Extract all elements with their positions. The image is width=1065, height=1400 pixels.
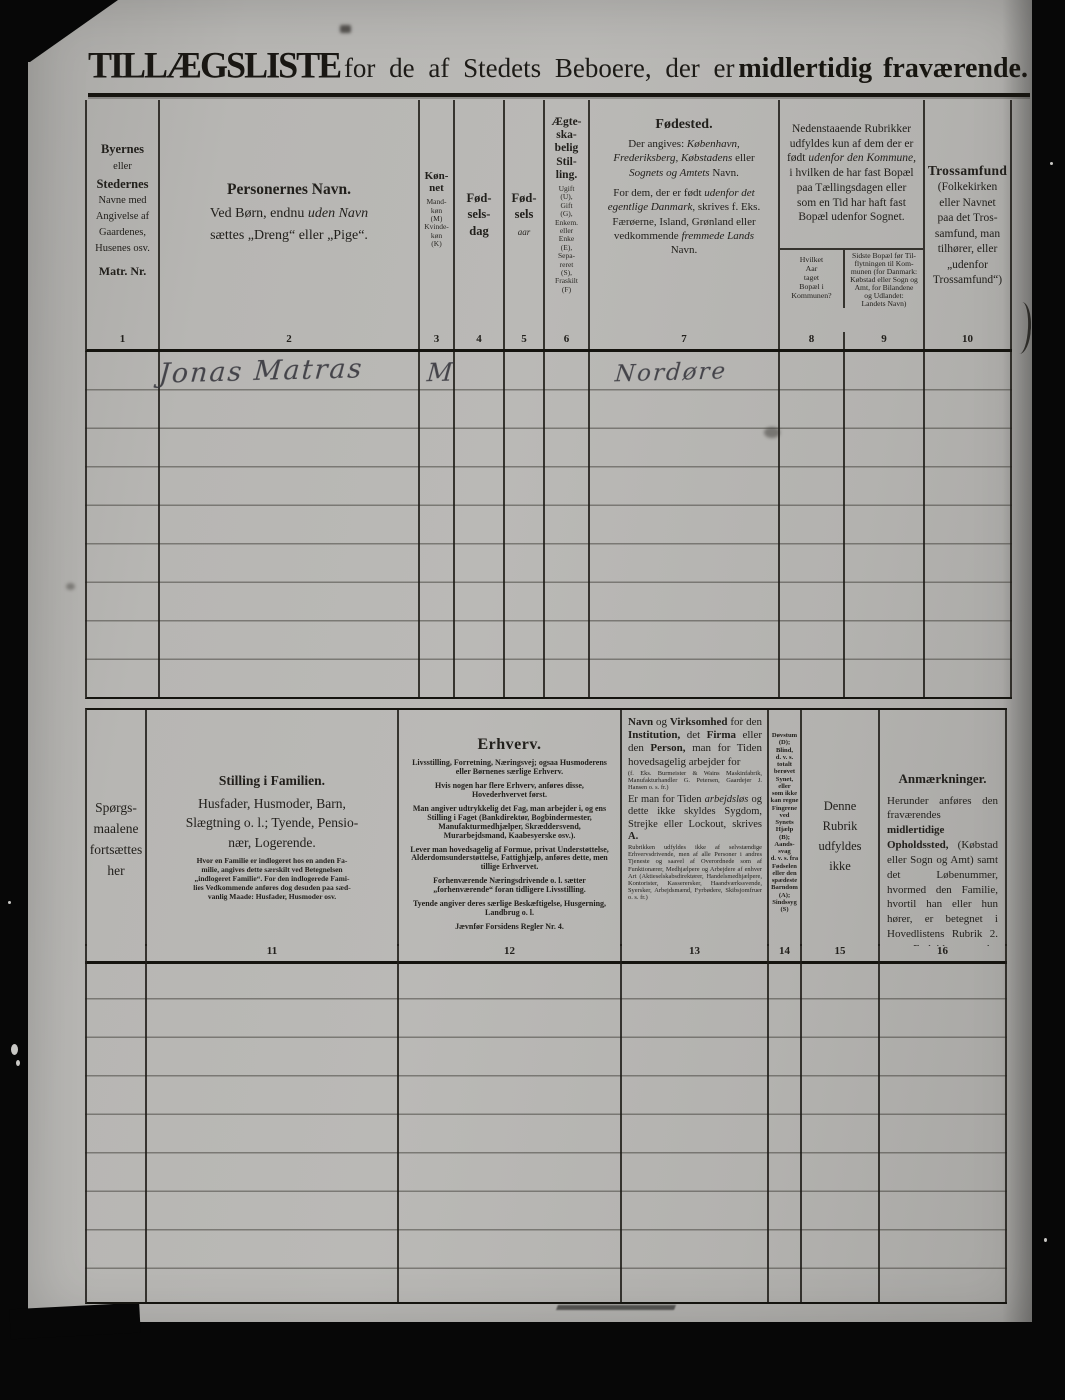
table2-col16-rows <box>880 961 1007 1302</box>
table2-rows <box>85 961 1007 1304</box>
col4-title: Fød- sels- dag <box>455 190 503 239</box>
col9-subheader: Sidste Bopæl før Til- flytningen til Kom… <box>845 250 923 308</box>
form-title-middle: for de af Stedets Beboere, der er <box>344 53 735 84</box>
col5-title: Fød- sels <box>505 190 543 223</box>
col13-text-bold: Navn <box>628 716 653 728</box>
table1-col1-rows <box>87 352 160 697</box>
questions-continue-label: Spørgs- maalene fortsættes her <box>87 710 147 946</box>
col1-body: Navne med Angivelse af Gaardenes, Husene… <box>87 193 158 256</box>
col12-header: Erhverv. Livsstilling, Forretning, Nærin… <box>399 710 622 946</box>
col3-title: Køn- net <box>420 170 453 194</box>
col7-text: Navn. <box>710 167 739 179</box>
printer-imprint-smudge <box>556 1305 676 1310</box>
side-label-number-empty <box>87 944 147 961</box>
col13-intro: Navn og Virksomhed for den Institution, … <box>628 716 762 769</box>
col4-header: Fød- sels- dag <box>455 100 505 332</box>
col13-text-bold: Virksomhed <box>670 716 728 728</box>
table1-col9-rows <box>845 352 925 697</box>
col1-header: Byernes eller Stedernes Navne med Angive… <box>87 100 160 332</box>
col16-number: 16 <box>880 944 1007 961</box>
col13-text-italic: arbejdsløs <box>705 794 749 805</box>
table1-number-row: 1 2 3 4 5 6 7 8 9 10 <box>85 332 1012 352</box>
table2-col11-rows <box>147 961 399 1302</box>
col8-subheader: Hvilket Aar taget Bopæl i Kommunen? <box>780 250 845 308</box>
col8-9-text-italic: udenfor den Kommune, <box>808 152 916 164</box>
col8-9-header: Nedenstaaende Rubrikker udfyldes kun af … <box>780 100 925 332</box>
col12-para: Livsstilling, Forretning, Næringsvej; og… <box>407 759 612 777</box>
col7-text: Navn. <box>671 244 698 256</box>
col13-text: for den <box>728 716 763 728</box>
col7-text: For dem, der er født <box>613 187 704 199</box>
col6-header: Ægte- ska- belig Stil- ling. Ugift (U), … <box>545 100 590 332</box>
col14-header: Døvstum (D); Blind, d. v. s. totalt berø… <box>769 710 802 946</box>
form-title-emphasis: midlertidig fraværende. <box>738 53 1028 85</box>
col9-number: 9 <box>845 332 925 349</box>
col12-title: Erhverv. <box>399 736 620 754</box>
table1-col8-rows <box>780 352 845 697</box>
col11-title: Stilling i Familien. <box>147 772 397 790</box>
col16-text: Herunder anføres den fraværendes <box>887 795 998 822</box>
ink-smudge <box>66 583 75 590</box>
form-title: TILLÆGSLISTE for de af Stedets Beboere, … <box>88 44 1028 86</box>
table2-side-rows <box>87 961 147 1302</box>
ink-smudge <box>340 25 351 33</box>
col10-number: 10 <box>925 332 1012 349</box>
col5-sub: aar <box>505 227 543 237</box>
col14-number: 14 <box>769 944 802 961</box>
table2-col14-rows <box>769 961 802 1302</box>
col8-9-shared-note: Nedenstaaende Rubrikker udfyldes kun af … <box>780 100 923 250</box>
table1-col3-rows <box>420 352 455 697</box>
col12-para: Lever man hovedsagelig af Formue, privat… <box>407 846 612 873</box>
col2-line: sættes „Dreng“ eller „Pige“. <box>160 225 418 247</box>
col16-title: Anmærkninger. <box>887 770 998 788</box>
col8-number: 8 <box>780 332 845 349</box>
col2-line: Ved Børn, endnu uden Navn <box>160 203 418 225</box>
col12-para: Forhenværende Næringsdrivende o. l. sætt… <box>407 877 612 895</box>
col16-text-bold: midlertidige Opholdssted, <box>887 824 948 851</box>
col6-title: Ægte- ska- belig Stil- ling. <box>545 116 588 182</box>
table2-col13-rows <box>622 961 769 1302</box>
col11-number: 11 <box>147 944 399 961</box>
col11-header: Stilling i Familien. Husfader, Husmoder,… <box>147 710 399 946</box>
table1-col2-rows <box>160 352 420 697</box>
col7-text: Der angives: <box>628 138 687 150</box>
dust-speck <box>1050 162 1053 165</box>
col7-header: Fødested. Der angives: København, Freder… <box>590 100 780 332</box>
dust-speck <box>11 1044 18 1055</box>
col7-text: eller <box>732 152 754 164</box>
col16-text: (Købstad eller Sogn og Amt) samt det Løb… <box>887 839 998 946</box>
col11-sub: Husfader, Husmoder, Barn, Slægtning o. l… <box>147 794 397 853</box>
table1-rows: Jonas Matras M Nordøre <box>85 352 1012 699</box>
col12-number: 12 <box>399 944 622 961</box>
scan-black-left <box>0 0 28 1400</box>
table1-col5-rows <box>505 352 545 697</box>
col12-para: Hvis nogen har flere Erhverv, anføres di… <box>407 782 612 800</box>
col13-header: Navn og Virksomhed for den Institution, … <box>622 710 769 946</box>
table1-col4-rows <box>455 352 505 697</box>
col12-para: Jævnfør Forsidens Regler Nr. 4. <box>407 923 612 932</box>
dust-speck <box>16 1060 20 1066</box>
col10-body: (Folkekirken eller Navnet paa det Tros- … <box>925 180 1010 289</box>
col13-text: og <box>653 716 670 728</box>
col3-header: Køn- net Mand- køn (M) Kvinde- køn (K) <box>420 100 455 332</box>
col11-fine-print: Hvor en Familie er indlogeret hos en and… <box>147 857 397 901</box>
handwritten-sex: M <box>426 358 456 388</box>
col10-title: Trossamfund <box>925 162 1010 180</box>
col13-text-bold: A. <box>628 831 638 842</box>
col1-number: 1 <box>87 332 160 349</box>
dust-speck <box>1044 1238 1047 1242</box>
col4-number: 4 <box>455 332 505 349</box>
col7-number: 7 <box>590 332 780 349</box>
col2-text: Ved Børn, endnu <box>210 206 308 221</box>
col2-number: 2 <box>160 332 420 349</box>
col13-text: det <box>680 729 706 741</box>
form-title-word: TILLÆGSLISTE <box>88 43 340 87</box>
col1-line: eller <box>87 159 158 175</box>
table2-header: Spørgs- maalene fortsættes her Stilling … <box>85 708 1007 946</box>
col16-header: Anmærkninger. Herunder anføres den fravæ… <box>880 710 1007 946</box>
col7-para1: Der angives: København, Frederiksberg, K… <box>600 137 768 180</box>
col2-header: Personernes Navn. Ved Børn, endnu uden N… <box>160 100 420 332</box>
table1-col6-rows <box>545 352 590 697</box>
scan-black-bottom <box>0 1322 1065 1400</box>
col6-number: 6 <box>545 332 590 349</box>
col13-fine-print: (f. Eks. Burmeister & Wains Maskinfabrik… <box>628 770 762 791</box>
col6-codes: Ugift (U), Gift (G), Enkem. eller Enke (… <box>545 185 588 294</box>
col1-matrnr: Matr. Nr. <box>87 262 158 280</box>
dust-speck <box>8 901 11 904</box>
col13-text: Er man for Tiden <box>628 794 705 805</box>
title-rule <box>88 93 1030 97</box>
table1-col7-rows <box>590 352 780 697</box>
col13-text-bold: Institution, <box>628 729 680 741</box>
handwritten-name: Jonas Matras <box>158 353 365 389</box>
col2-title: Personernes Navn. <box>160 178 418 203</box>
col13-fine-print: Rubrikken udfyldes ikke af selvstændige … <box>628 844 762 900</box>
col5-number: 5 <box>505 332 545 349</box>
table1-header: Byernes eller Stedernes Navne med Angive… <box>85 100 1012 332</box>
col3-codes: Mand- køn (M) Kvinde- køn (K) <box>420 198 453 248</box>
table1-col10-rows <box>925 352 1012 697</box>
col1-line: Byernes <box>87 140 158 159</box>
col15-header: Denne Rubrik udfyldes ikke <box>802 710 880 946</box>
col15-number: 15 <box>802 944 880 961</box>
col12-para: Tyende angiver deres særlige Beskæftigel… <box>407 900 612 918</box>
col13-para2: Er man for Tiden arbejdsløs og dette ikk… <box>628 794 762 844</box>
table2-col12-rows <box>399 961 622 1302</box>
scanned-census-sheet: { "title": { "word1": "TILLÆGSLISTE", "m… <box>0 0 1065 1400</box>
col12-para: Man angiver udtrykkelig det Fag, man arb… <box>407 805 612 841</box>
col7-title: Fødested. <box>590 116 778 134</box>
col7-text-italic: fremmede Lands <box>681 230 754 242</box>
handwritten-birthplace: Nordøre <box>614 359 728 388</box>
col2-text-italic: uden Navn <box>308 206 368 221</box>
col13-text-bold: Firma <box>707 729 736 741</box>
col5-header: Fød- sels aar <box>505 100 545 332</box>
scan-black-right <box>1032 0 1065 1400</box>
col13-number: 13 <box>622 944 769 961</box>
col8-9-text: i hvilken de har fast Bopæl paa Tællings… <box>789 167 913 223</box>
col10-header: Trossamfund (Folkekirken eller Navnet pa… <box>925 100 1012 332</box>
col3-number: 3 <box>420 332 455 349</box>
table2-col15-rows <box>802 961 880 1302</box>
col1-line: Stedernes <box>87 175 158 194</box>
col7-para2: For dem, der er født udenfor det egentli… <box>600 186 768 257</box>
col8-9-subheaders: Hvilket Aar taget Bopæl i Kommunen? Sids… <box>780 250 923 308</box>
col7-text-italic: Sognets og Amtets <box>629 167 709 179</box>
col16-body: Herunder anføres den fraværendes midlert… <box>887 794 998 946</box>
col13-text-bold: Person, <box>650 742 685 754</box>
